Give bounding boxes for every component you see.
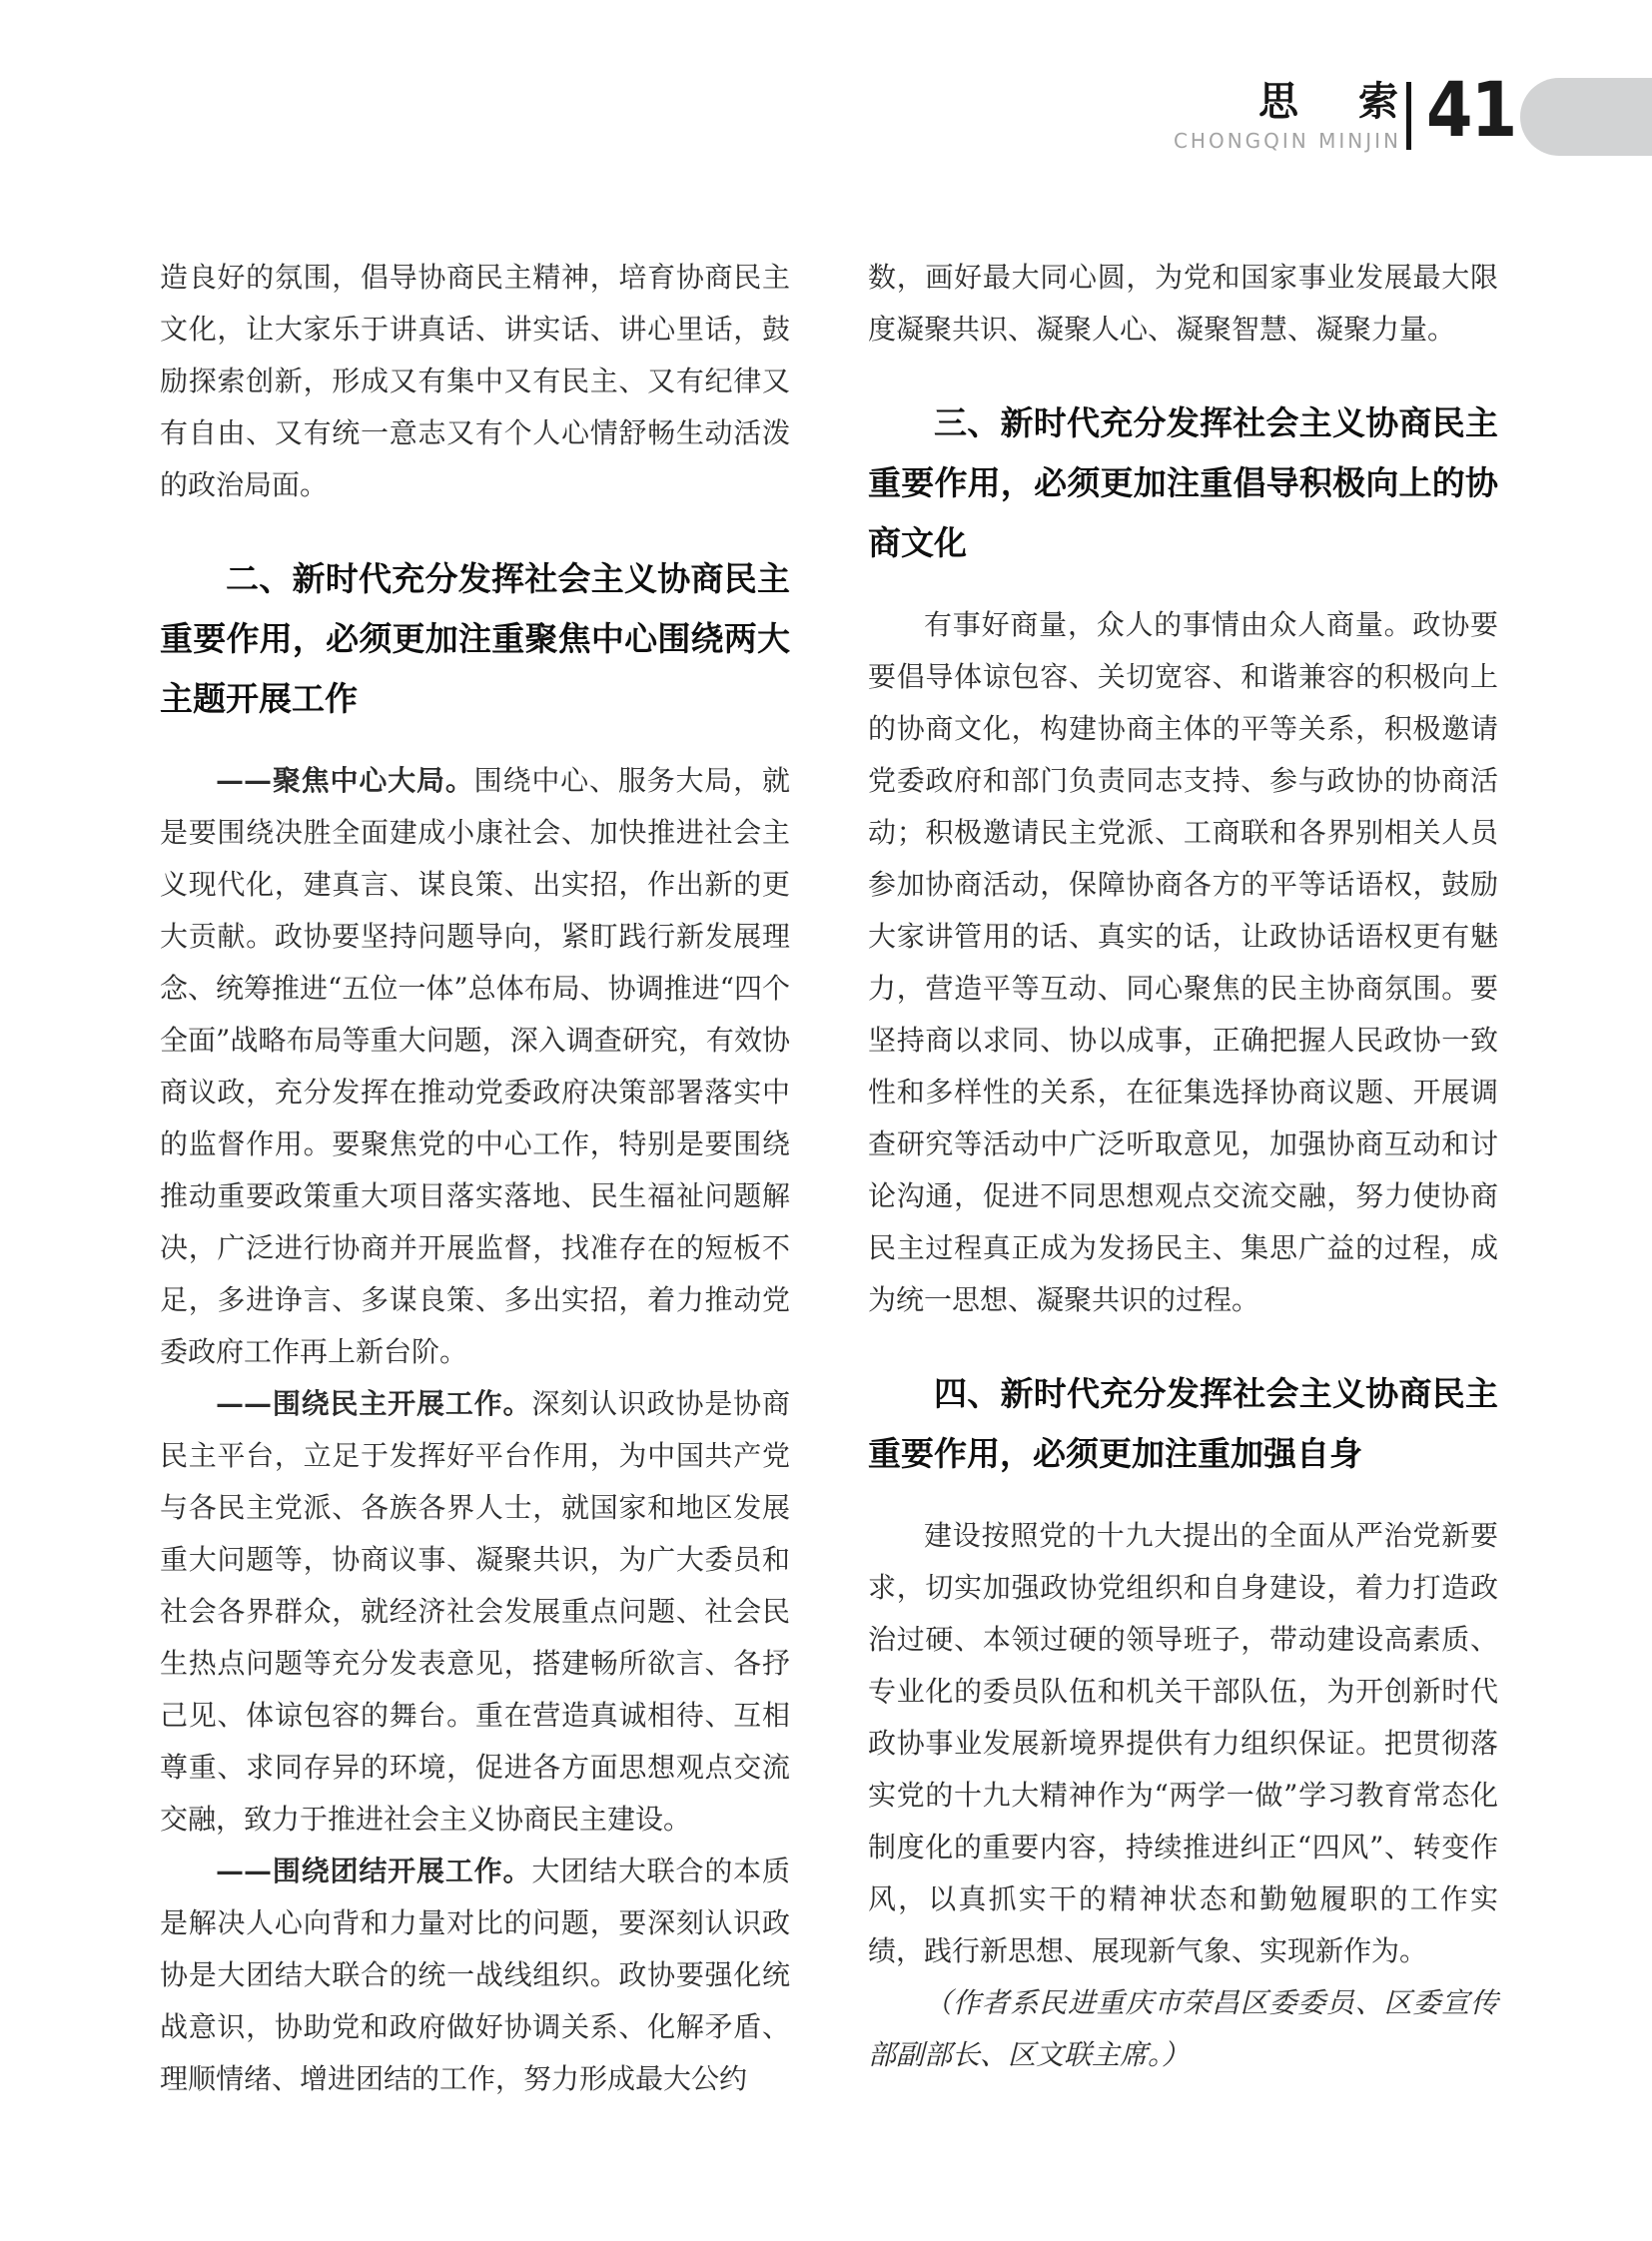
body-paragraph: 有事好商量，众人的事情由众人商量。政协要要倡导体谅包容、关切宽容、和谐兼容的积极… (868, 599, 1498, 1326)
section-heading: 三、新时代充分发挥社会主义协商民主重要作用，必须更加注重倡导积极向上的协商文化 (868, 393, 1498, 573)
paragraph-text: 深刻认识政协是协商民主平台，立足于发挥好平台作用，为中国共产党与各民主党派、各族… (160, 1387, 790, 1836)
paragraph-text: 大团结大联合的本质是解决人心向背和力量对比的问题，要深刻认识政协是大团结大联合的… (160, 1855, 790, 2095)
left-column: 造良好的氛围，倡导协商民主精神，培育协商民主文化，让大家乐于讲真话、讲实话、讲心… (160, 252, 790, 2105)
corner-tab-shape (1520, 78, 1652, 156)
body-paragraph: 数，画好最大同心圆，为党和国家事业发展最大限度凝聚共识、凝聚人心、凝聚智慧、凝聚… (868, 252, 1498, 356)
section-heading: 四、新时代充分发挥社会主义协商民主重要作用，必须更加注重加强自身 (868, 1364, 1498, 1484)
magazine-page: 思索 CHONGQIN MINJIN 41 造良好的氛围，倡导协商民主精神，培育… (0, 0, 1652, 2241)
body-paragraph: ——聚焦中心大局。围绕中心、服务大局，就是要围绕决胜全面建成小康社会、加快推进社… (160, 755, 790, 1378)
paragraph-lead: ——围绕民主开展工作。 (216, 1387, 531, 1420)
header-text-block: 思索 CHONGQIN MINJIN (1174, 80, 1398, 152)
body-paragraph: 建设按照党的十九大提出的全面从严治党新要求，切实加强政协党组织和自身建设，着力打… (868, 1510, 1498, 1977)
body-paragraph: ——围绕民主开展工作。深刻认识政协是协商民主平台，立足于发挥好平台作用，为中国共… (160, 1378, 790, 1846)
right-column: 数，画好最大同心圆，为党和国家事业发展最大限度凝聚共识、凝聚人心、凝聚智慧、凝聚… (868, 252, 1498, 2105)
section-heading: 二、新时代充分发挥社会主义协商民主重要作用，必须更加注重聚焦中心围绕两大主题开展… (160, 549, 790, 729)
paragraph-text: 围绕中心、服务大局，就是要围绕决胜全面建成小康社会、加快推进社会主义现代化，建真… (160, 764, 790, 1368)
page-number: 41 (1426, 72, 1516, 148)
paragraph-lead: ——聚焦中心大局。 (216, 764, 474, 797)
paragraph-lead: ——围绕团结开展工作。 (216, 1855, 531, 1887)
body-paragraph: 造良好的氛围，倡导协商民主精神，培育协商民主文化，让大家乐于讲真话、讲实话、讲心… (160, 252, 790, 511)
article-body: 造良好的氛围，倡导协商民主精神，培育协商民主文化，让大家乐于讲真话、讲实话、讲心… (160, 252, 1498, 2105)
body-paragraph: ——围绕团结开展工作。大团结大联合的本质是解决人心向背和力量对比的问题，要深刻认… (160, 1846, 790, 2105)
journal-name: CHONGQIN MINJIN (1174, 130, 1401, 152)
section-title: 思索 (1174, 80, 1458, 124)
header-divider-rule (1406, 82, 1411, 150)
author-note: （作者系民进重庆市荣昌区委委员、区委宣传部副部长、区文联主席。） (868, 1977, 1498, 2081)
page-header: 思索 CHONGQIN MINJIN 41 (0, 0, 1652, 210)
